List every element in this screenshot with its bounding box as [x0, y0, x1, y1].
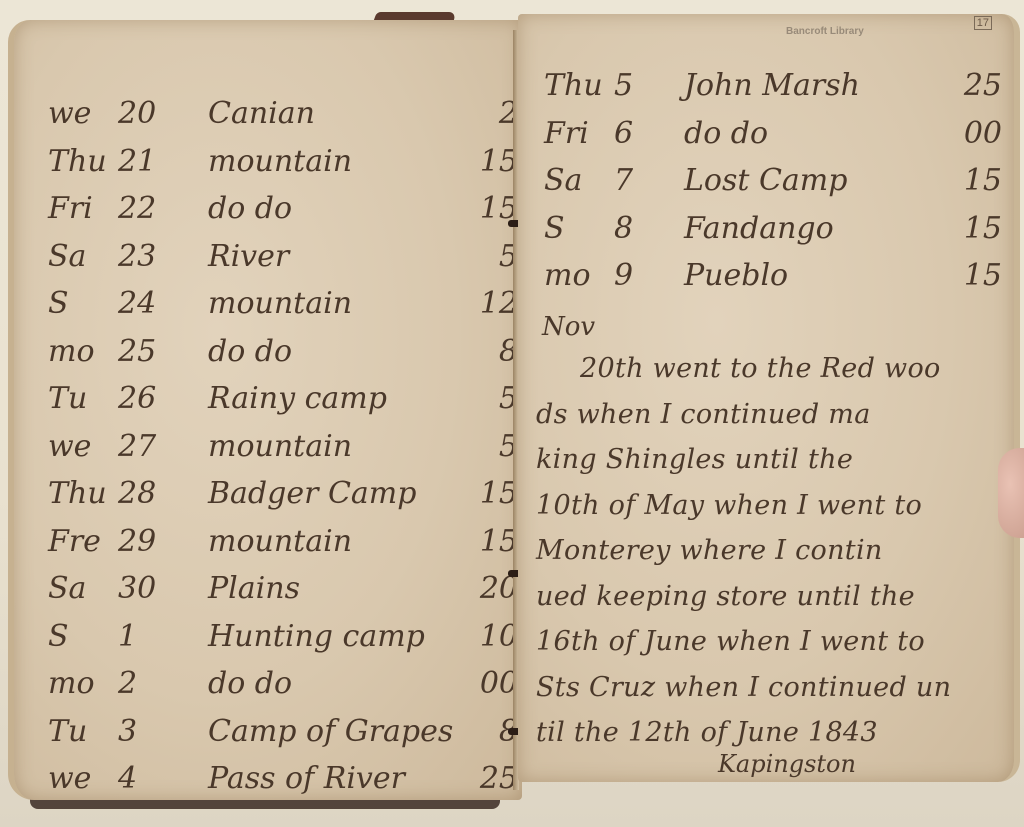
entry-day: Tu	[48, 708, 118, 755]
entry-date: 5	[614, 62, 694, 109]
diary-entry: Tu3Camp of Grapes8	[48, 708, 518, 756]
entry-day: we	[48, 423, 118, 470]
entry-day: Sa	[544, 157, 614, 204]
entry-date: 6	[614, 110, 694, 157]
entry-date: 1	[118, 613, 198, 660]
diary-entry: we27mountain5	[48, 423, 518, 471]
entry-place: do do	[208, 328, 468, 375]
entry-distance: 15	[942, 157, 1002, 204]
entry-date: 29	[118, 518, 198, 565]
entry-distance: 5	[458, 375, 518, 422]
entry-distance: 15	[942, 205, 1002, 252]
entry-place: mountain	[208, 138, 468, 185]
diary-entry: S24mountain12	[48, 280, 518, 328]
entry-place: River	[208, 233, 468, 280]
entry-place: John Marsh	[684, 62, 944, 109]
entry-date: 23	[118, 233, 198, 280]
entry-distance: 8	[458, 328, 518, 375]
entry-distance: 15	[458, 138, 518, 185]
entry-day: mo	[544, 252, 614, 299]
entry-distance: 10	[458, 613, 518, 660]
narrative-line: 10th of May when I went to	[536, 483, 1006, 529]
entry-day: mo	[48, 328, 118, 375]
narrative-line: til the 12th of June 1843	[536, 710, 1006, 756]
right-entries-list: Thu5John Marsh25 Fri6do do00 Sa7Lost Cam…	[544, 62, 1002, 300]
entry-date: 4	[118, 755, 198, 802]
diary-entry: Thu21mountain15	[48, 138, 518, 186]
entry-distance: 15	[458, 470, 518, 517]
entry-place: mountain	[208, 280, 468, 327]
entry-day: Fre	[48, 518, 118, 565]
left-entries-list: we20Canian2 Thu21mountain15 Fri22do do15…	[48, 90, 518, 803]
entry-date: 26	[118, 375, 198, 422]
entry-date: 25	[118, 328, 198, 375]
entry-date: 3	[118, 708, 198, 755]
narrative-line: 16th of June when I went to	[536, 619, 1006, 665]
diary-entry: S1Hunting camp10	[48, 613, 518, 661]
entry-distance: 12	[458, 280, 518, 327]
diary-entry: we20Canian2	[48, 90, 518, 138]
diary-entry: Sa30Plains20	[48, 565, 518, 613]
entry-day: Sa	[48, 565, 118, 612]
diary-entry: Fre29mountain15	[48, 518, 518, 566]
month-label: Nov	[542, 312, 595, 342]
entry-day: Thu	[544, 62, 614, 109]
entry-date: 21	[118, 138, 198, 185]
page-number: 17	[974, 16, 992, 30]
diary-entry: Sa7Lost Camp15	[544, 157, 1002, 205]
entry-distance: 25	[458, 755, 518, 802]
entry-distance: 2	[458, 90, 518, 137]
entry-place: Camp of Grapes	[208, 708, 468, 755]
entry-place: Canian	[208, 90, 468, 137]
entry-place: Plains	[208, 565, 468, 612]
entry-distance: 25	[942, 62, 1002, 109]
left-page: we20Canian2 Thu21mountain15 Fri22do do15…	[8, 20, 522, 800]
diary-entry: Tu26Rainy camp5	[48, 375, 518, 423]
entry-place: do do	[208, 660, 468, 707]
diary-entry: mo25do do8	[48, 328, 518, 376]
narrative-line: king Shingles until the	[536, 437, 1006, 483]
entry-date: 22	[118, 185, 198, 232]
entry-place: mountain	[208, 423, 468, 470]
entry-place: Hunting camp	[208, 613, 468, 660]
diary-entry: Thu5John Marsh25	[544, 62, 1002, 110]
diary-entry: Thu28Badger Camp15	[48, 470, 518, 518]
entry-day: S	[48, 280, 118, 327]
entry-date: 8	[614, 205, 694, 252]
diary-entry: mo2do do00	[48, 660, 518, 708]
right-page: Bancroft Library 17 Thu5John Marsh25 Fri…	[518, 14, 1020, 782]
entry-day: Sa	[48, 233, 118, 280]
entry-date: 27	[118, 423, 198, 470]
diary-entry: Fri6do do00	[544, 110, 1002, 158]
entry-day: S	[544, 205, 614, 252]
entry-distance: 00	[942, 110, 1002, 157]
entry-distance: 00	[458, 660, 518, 707]
entry-date: 30	[118, 565, 198, 612]
entry-day: Tu	[48, 375, 118, 422]
entry-place: Lost Camp	[684, 157, 944, 204]
entry-day: mo	[48, 660, 118, 707]
signature: Kapingston	[718, 750, 856, 778]
entry-distance: 15	[942, 252, 1002, 299]
entry-place: Pass of River	[208, 755, 468, 802]
entry-place: do do	[208, 185, 468, 232]
entry-date: 20	[118, 90, 198, 137]
diary-entry: S8Fandango15	[544, 205, 1002, 253]
narrative-line: ds when I continued ma	[536, 392, 1006, 438]
entry-place: Fandango	[684, 205, 944, 252]
entry-distance: 5	[458, 423, 518, 470]
entry-place: Pueblo	[684, 252, 944, 299]
holding-thumb	[998, 448, 1024, 538]
narrative-line: 20th went to the Red woo	[536, 346, 1006, 392]
entry-date: 9	[614, 252, 694, 299]
narrative-paragraph: 20th went to the Red woo ds when I conti…	[536, 346, 1006, 756]
entry-date: 2	[118, 660, 198, 707]
narrative-line: Sts Cruz when I continued un	[536, 665, 1006, 711]
entry-date: 28	[118, 470, 198, 517]
diary-entry: Fri22do do15	[48, 185, 518, 233]
entry-day: Thu	[48, 138, 118, 185]
entry-distance: 15	[458, 518, 518, 565]
entry-place: mountain	[208, 518, 468, 565]
entry-date: 7	[614, 157, 694, 204]
entry-day: we	[48, 755, 118, 802]
entry-day: S	[48, 613, 118, 660]
library-stamp: Bancroft Library	[786, 26, 864, 37]
diary-entry: mo9Pueblo15	[544, 252, 1002, 300]
entry-place: Badger Camp	[208, 470, 468, 517]
diary-entry: Sa23River5	[48, 233, 518, 281]
entry-day: we	[48, 90, 118, 137]
diary-entry: we4Pass of River25	[48, 755, 518, 803]
entry-place: Rainy camp	[208, 375, 468, 422]
narrative-line: Monterey where I contin	[536, 528, 1006, 574]
entry-date: 24	[118, 280, 198, 327]
entry-place: do do	[684, 110, 944, 157]
narrative-line: ued keeping store until the	[536, 574, 1006, 620]
entry-distance: 5	[458, 233, 518, 280]
entry-day: Fri	[48, 185, 118, 232]
entry-day: Fri	[544, 110, 614, 157]
entry-day: Thu	[48, 470, 118, 517]
